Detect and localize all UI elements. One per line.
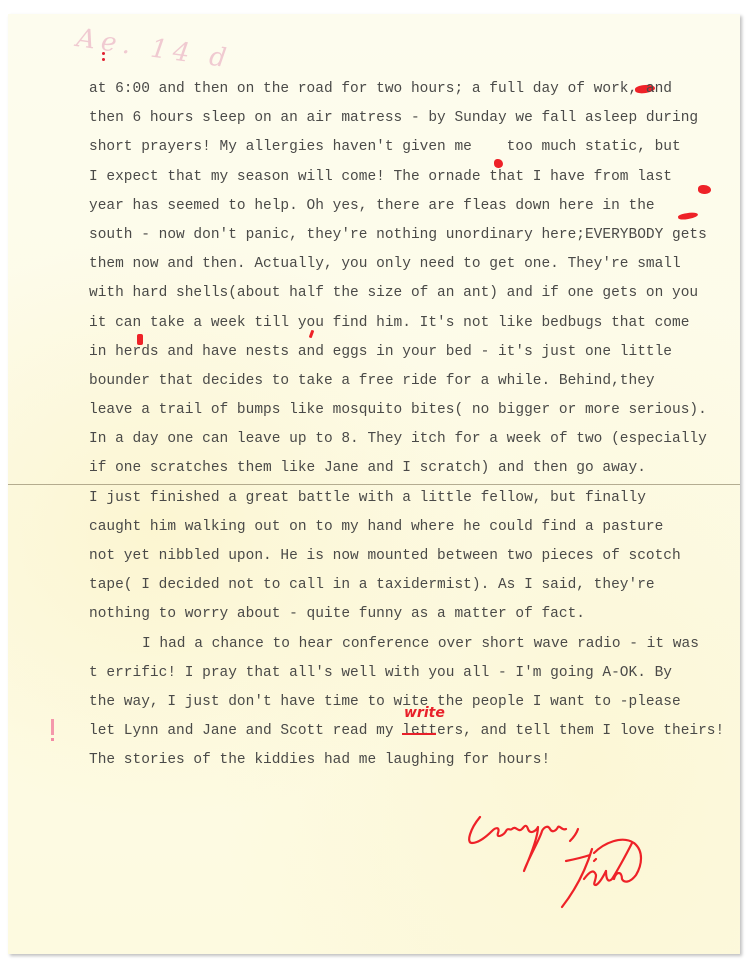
text-line: tape( I decided not to call in a taxider… — [89, 571, 724, 600]
text-line: short prayers! My allergies haven't give… — [89, 133, 724, 162]
text-line: The stories of the kiddies had me laughi… — [89, 746, 724, 775]
text-line: it can take a week till you find him. It… — [89, 309, 724, 338]
text-line: caught him walking out on to my hand whe… — [89, 513, 724, 542]
letter-page: Ae. 14 d at 6:00 and then on the road fo… — [8, 14, 740, 954]
red-ink-dot — [102, 52, 105, 55]
margin-exclamation-mark — [51, 719, 54, 735]
text-line: south - now don't panic, they're nothing… — [89, 221, 724, 250]
text-line: In a day one can leave up to 8. They itc… — [89, 425, 724, 454]
text-line: nothing to worry about - quite funny as … — [89, 600, 724, 629]
pencil-annotation: Ae. 14 d — [75, 23, 234, 75]
text-line: if one scratches them like Jane and I sc… — [89, 454, 724, 483]
text-line-indented: I had a chance to hear conference over s… — [89, 630, 724, 659]
letter-body: at 6:00 and then on the road for two hou… — [89, 75, 724, 776]
text-line: I expect that my season will come! The o… — [89, 163, 724, 192]
text-line: in herds and have nests and eggs in your… — [89, 338, 724, 367]
text-line: t errific! I pray that all's well with y… — [89, 659, 724, 688]
margin-exclamation-dot — [51, 738, 54, 741]
text-line: bounder that decides to take a free ride… — [89, 367, 724, 396]
text-line: I just finished a great battle with a li… — [89, 484, 724, 513]
text-line: leave a trail of bumps like mosquito bit… — [89, 396, 724, 425]
text-line: at 6:00 and then on the road for two hou… — [89, 75, 724, 104]
red-ink-dot — [102, 58, 105, 61]
text-line: year has seemed to help. Oh yes, there a… — [89, 192, 724, 221]
text-line: then 6 hours sleep on an air matress - b… — [89, 104, 724, 133]
text-line: let Lynn and Jane and Scott read my lett… — [89, 717, 724, 746]
strikethrough-mark — [402, 733, 436, 735]
handwritten-signature: Love you, — [466, 809, 666, 929]
text-line: with hard shells(about half the size of … — [89, 279, 724, 308]
handwritten-correction: write — [404, 705, 445, 721]
text-line: not yet nibbled upon. He is now mounted … — [89, 542, 724, 571]
text-line: them now and then. Actually, you only ne… — [89, 250, 724, 279]
